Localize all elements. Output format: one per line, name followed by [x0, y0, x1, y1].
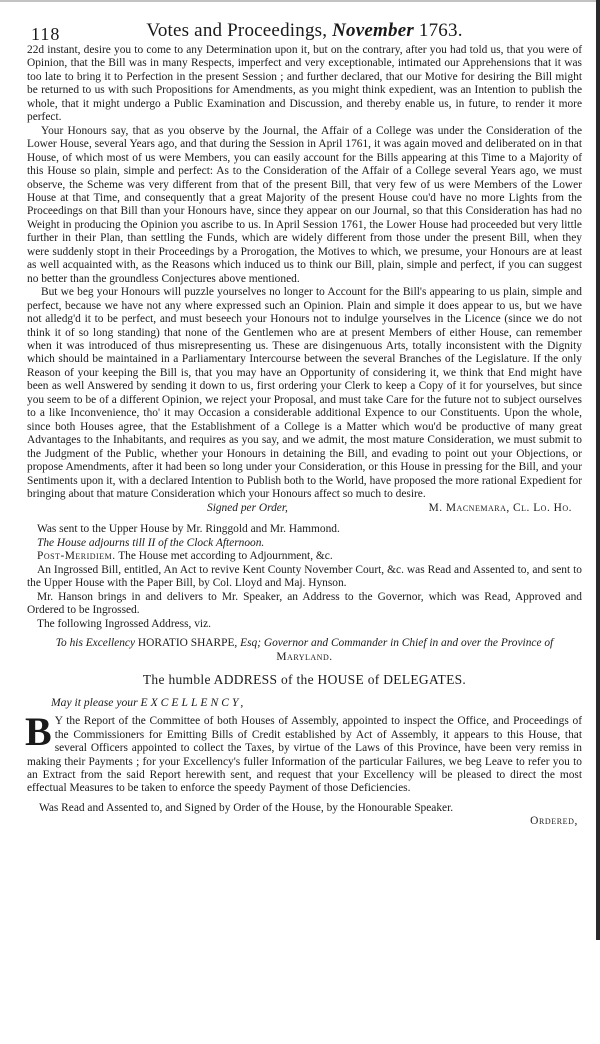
scan-edge-shadow: [596, 0, 600, 940]
salutation-prefix: May it please your: [51, 696, 138, 709]
recipient-province: Maryland.: [276, 651, 332, 663]
recipient-suffix: Esq; Governor and Commander in Chief in …: [240, 637, 553, 649]
post-meridiem-label: Post-Meridiem.: [37, 550, 116, 562]
address-recipient: To his Excellency HORATIO SHARPE, Esq; G…: [27, 637, 582, 664]
message-text: 22d instant, desire you to come to any D…: [27, 44, 582, 501]
minutes-section: Was sent to the Upper House by Mr. Ringg…: [27, 523, 582, 631]
title-prefix: Votes and Proceedings,: [146, 20, 327, 41]
address-body-text: Y the Report of the Committee of both Ho…: [27, 715, 582, 794]
minute-ingrossed-bill: An Ingrossed Bill, entitled, An Act to r…: [27, 564, 582, 591]
signed-label: Signed per Order,: [207, 501, 288, 515]
message-paragraph: 22d instant, desire you to come to any D…: [27, 44, 582, 125]
catchword: Ordered,: [27, 815, 582, 827]
recipient-prefix: To his Excellency: [56, 637, 135, 649]
salutation: May it please your EXCELLENCY,: [27, 696, 582, 709]
minute-following: The following Ingrossed Address, viz.: [27, 618, 582, 632]
address-title: The humble ADDRESS of the HOUSE of DELEG…: [27, 672, 582, 688]
running-title: Votes and Proceedings, November 1763.: [27, 20, 582, 42]
address-body: B Y the Report of the Committee of both …: [27, 715, 582, 795]
title-year: 1763.: [419, 20, 463, 41]
signatory-name: M. Macnemara, Cl. Lo. Ho.: [429, 501, 572, 515]
address-closing: Was Read and Assented to, and Signed by …: [27, 802, 582, 816]
minute-hanson: Mr. Hanson brings in and delivers to Mr.…: [27, 591, 582, 618]
drop-cap: B: [25, 716, 52, 748]
message-paragraph: Your Honours say, that as you observe by…: [27, 125, 582, 286]
message-paragraph: But we beg your Honours will puzzle your…: [27, 286, 582, 501]
title-month: November: [332, 20, 414, 41]
post-meridiem-text: The House met according to Adjournment, …: [118, 550, 332, 562]
signature-line: Signed per Order, M. Macnemara, Cl. Lo. …: [27, 501, 582, 515]
minute-adjourns: The House adjourns till II of the Clock …: [27, 537, 582, 551]
salutation-title: EXCELLENCY,: [141, 696, 247, 709]
document-page: 118 Votes and Proceedings, November 1763…: [27, 0, 582, 827]
recipient-name: HORATIO SHARPE,: [138, 637, 237, 649]
minute-sent: Was sent to the Upper House by Mr. Ringg…: [27, 523, 582, 537]
page-header: 118 Votes and Proceedings, November 1763…: [27, 0, 582, 44]
minute-post-meridiem: Post-Meridiem. The House met according t…: [27, 550, 582, 564]
